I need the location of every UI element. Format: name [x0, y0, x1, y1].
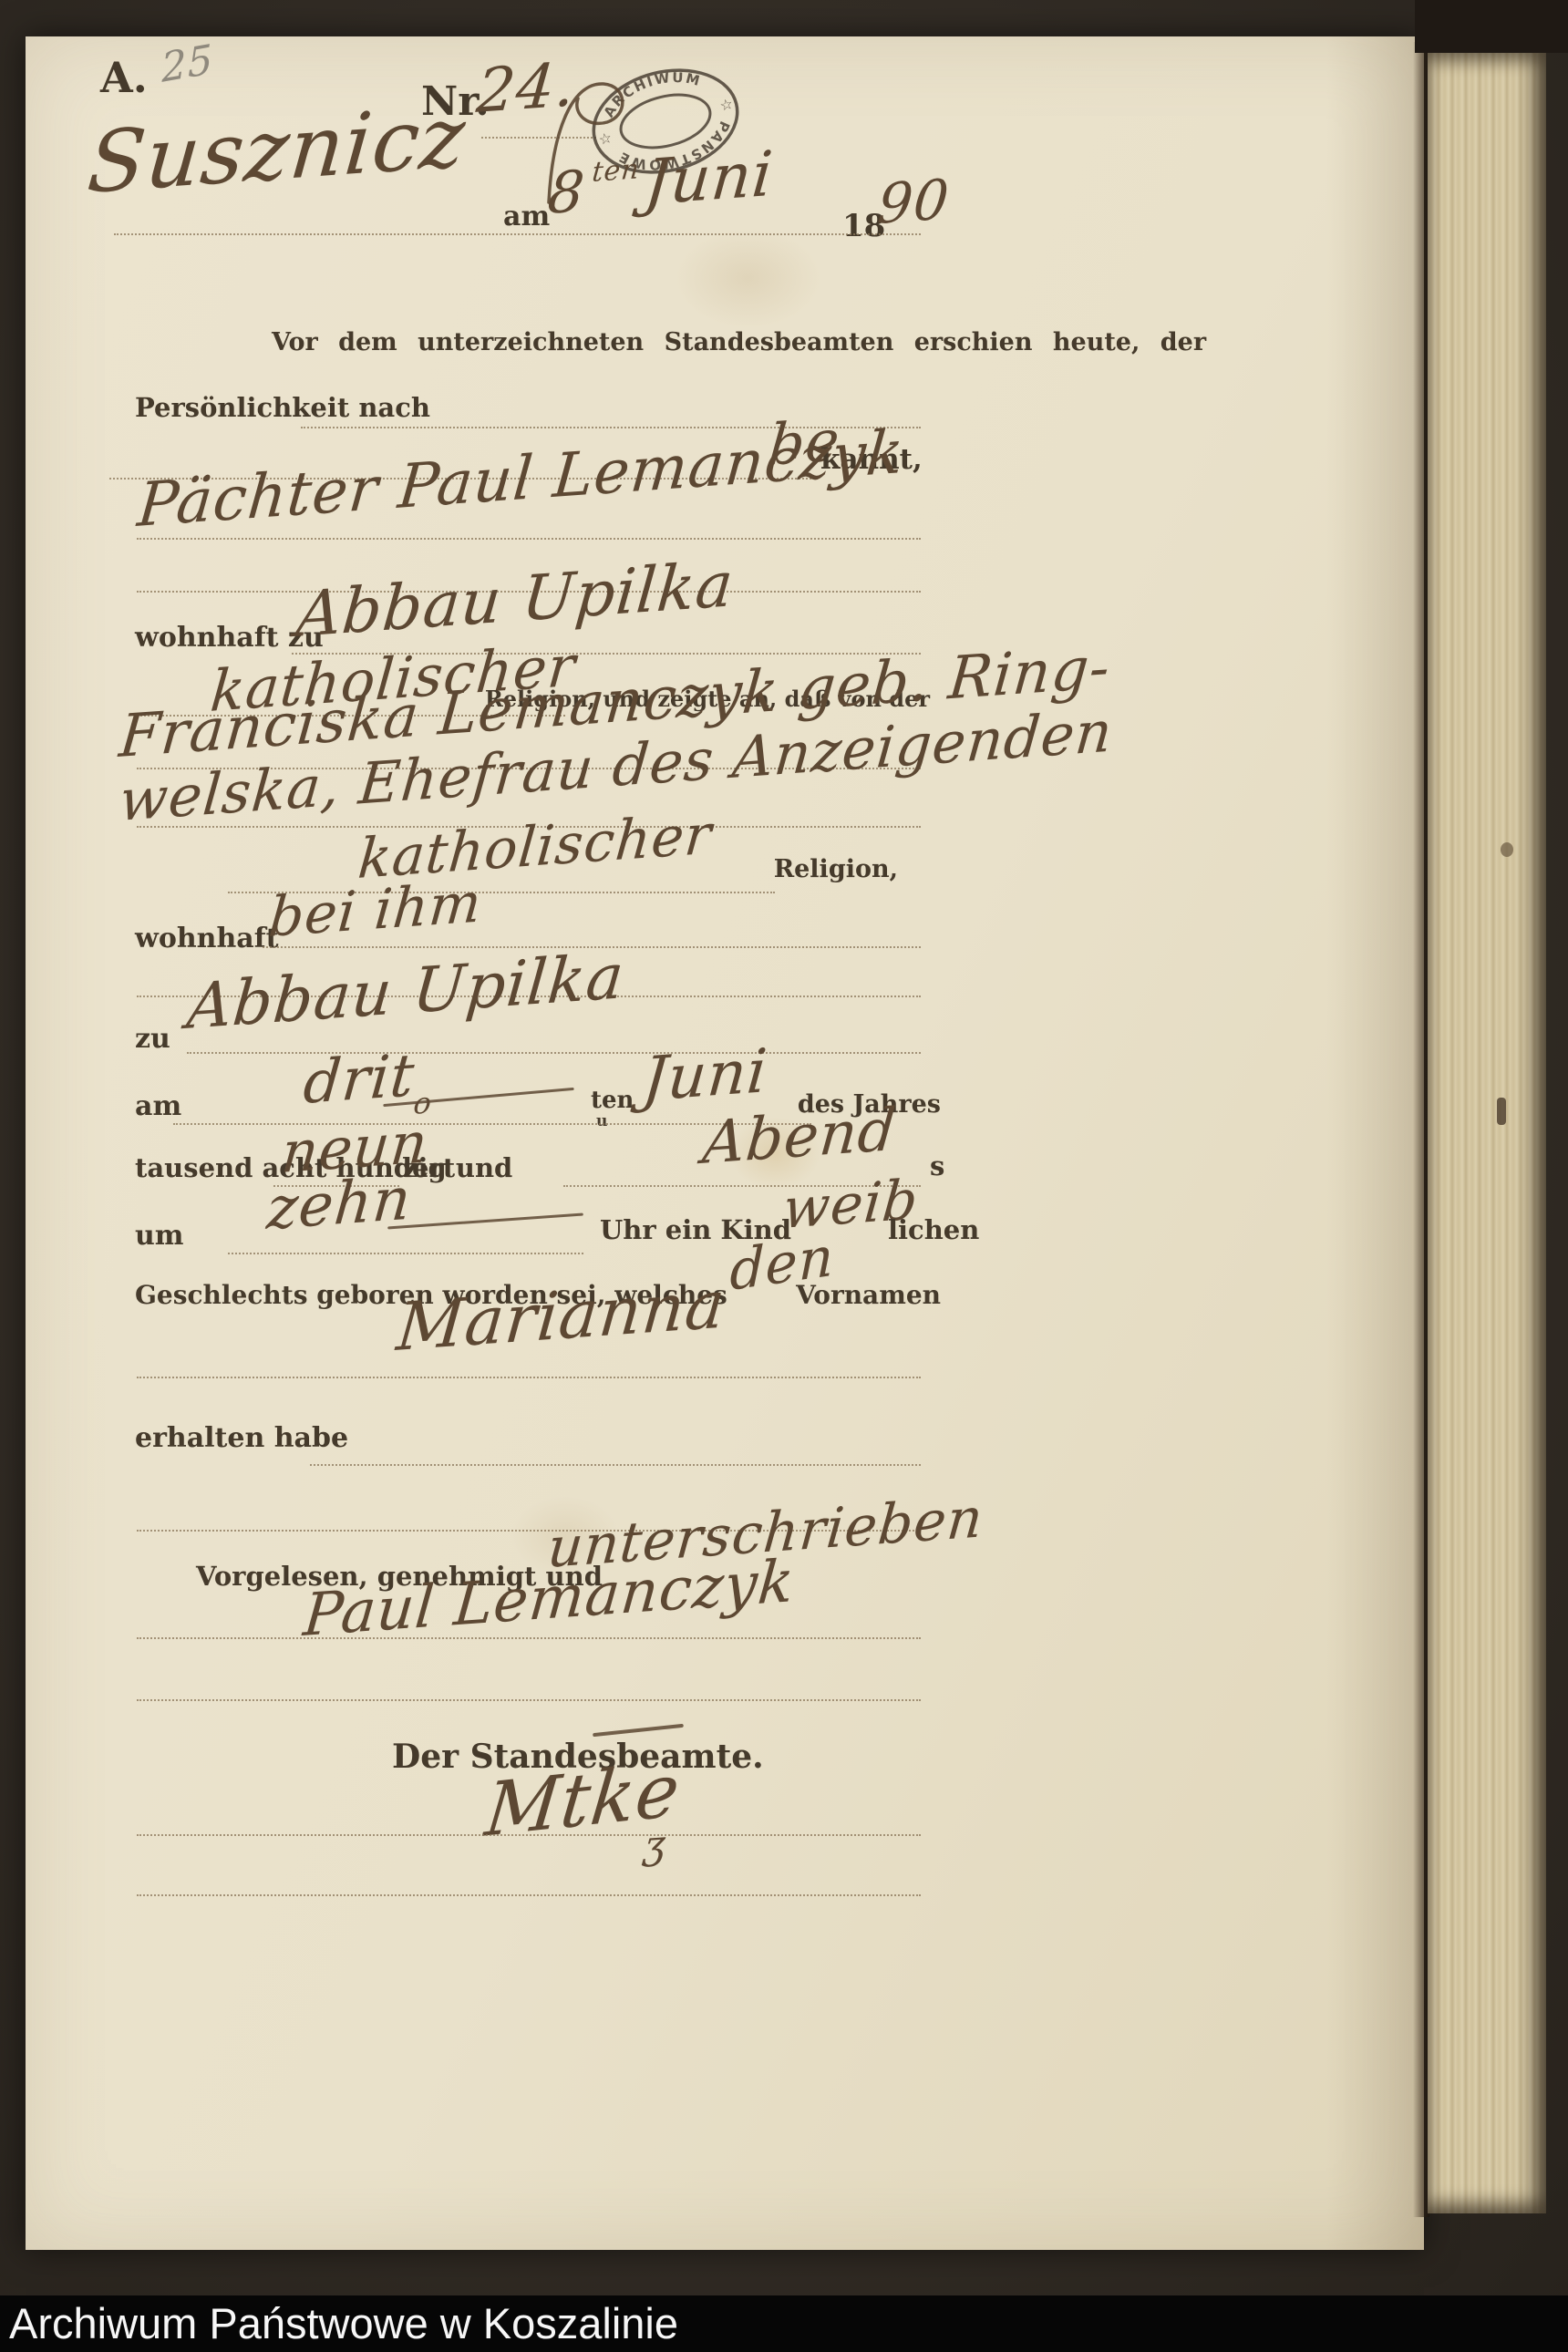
birthdate-suffix-printed: ten — [591, 1087, 634, 1114]
dateline-day-suffix: ten — [591, 153, 641, 189]
page-gutter-shadow — [1326, 36, 1424, 2250]
birthdate-month: Juni — [640, 1036, 770, 1115]
birthdate-day: drit — [301, 1042, 418, 1118]
binding-corner — [1415, 0, 1568, 53]
year-printed-2: zig und — [403, 1152, 512, 1183]
dotted-line — [137, 1834, 921, 1836]
birthplace-label: zu — [135, 1023, 170, 1055]
year-abbrev-mark: o — [412, 1085, 434, 1121]
intro-line-1: Vor dem unterzeichneten Standesbeamten e… — [272, 328, 1206, 356]
erhalten-habe-printed: erhalten habe — [135, 1422, 348, 1454]
birthdate-am-label: am — [135, 1090, 181, 1122]
residence2-label: wohnhaft — [135, 923, 278, 954]
page-edge-mark — [1501, 842, 1513, 857]
dotted-line — [137, 538, 921, 540]
religion-mother-printed: Religion, — [774, 855, 898, 883]
vornamen-printed: Vornamen — [796, 1280, 941, 1310]
form-corner-letter: A. — [100, 53, 148, 102]
dotted-line — [187, 1052, 921, 1054]
dateline-day: 8 — [545, 158, 588, 227]
intro-line-2: Persönlichkeit nach — [135, 392, 430, 423]
daytime-suffix-printed: s — [930, 1150, 944, 1181]
registrar-signature-flourish: ʒ — [642, 1821, 668, 1868]
dotted-line — [137, 1377, 921, 1378]
dateline-year: 90 — [875, 168, 952, 237]
archive-name: Archiwum Państwowe w Koszalinie — [9, 2298, 678, 2348]
pencil-page-number: 25 — [160, 36, 214, 92]
dotted-line — [137, 1699, 921, 1701]
dotted-line — [137, 1637, 921, 1639]
dotted-line — [114, 233, 921, 235]
dotted-line — [310, 1464, 921, 1466]
gender-suffix-printed: lichen — [888, 1214, 979, 1245]
birthdate-suffix-mark: u — [596, 1112, 607, 1130]
archive-footer-bar: Archiwum Państwowe w Koszalinie — [0, 2295, 1568, 2352]
page-edge-mark — [1497, 1098, 1506, 1125]
time-hour: zehn — [264, 1165, 414, 1243]
dotted-line — [228, 1253, 583, 1254]
time-um-label: um — [135, 1220, 184, 1252]
book-page-edges — [1428, 51, 1546, 2213]
daytime-handwritten: Abend — [700, 1097, 899, 1178]
dateline-month: Juni — [642, 139, 776, 220]
dateline-am-label: am — [503, 201, 550, 232]
stamp-star-right-icon: ☆ — [718, 97, 735, 115]
dotted-line — [137, 1894, 921, 1896]
photo-background: A. 25 Nr. 24. ARCHIWUM PAŃSTWOWE ☆ ☆ Sus… — [0, 0, 1568, 2352]
